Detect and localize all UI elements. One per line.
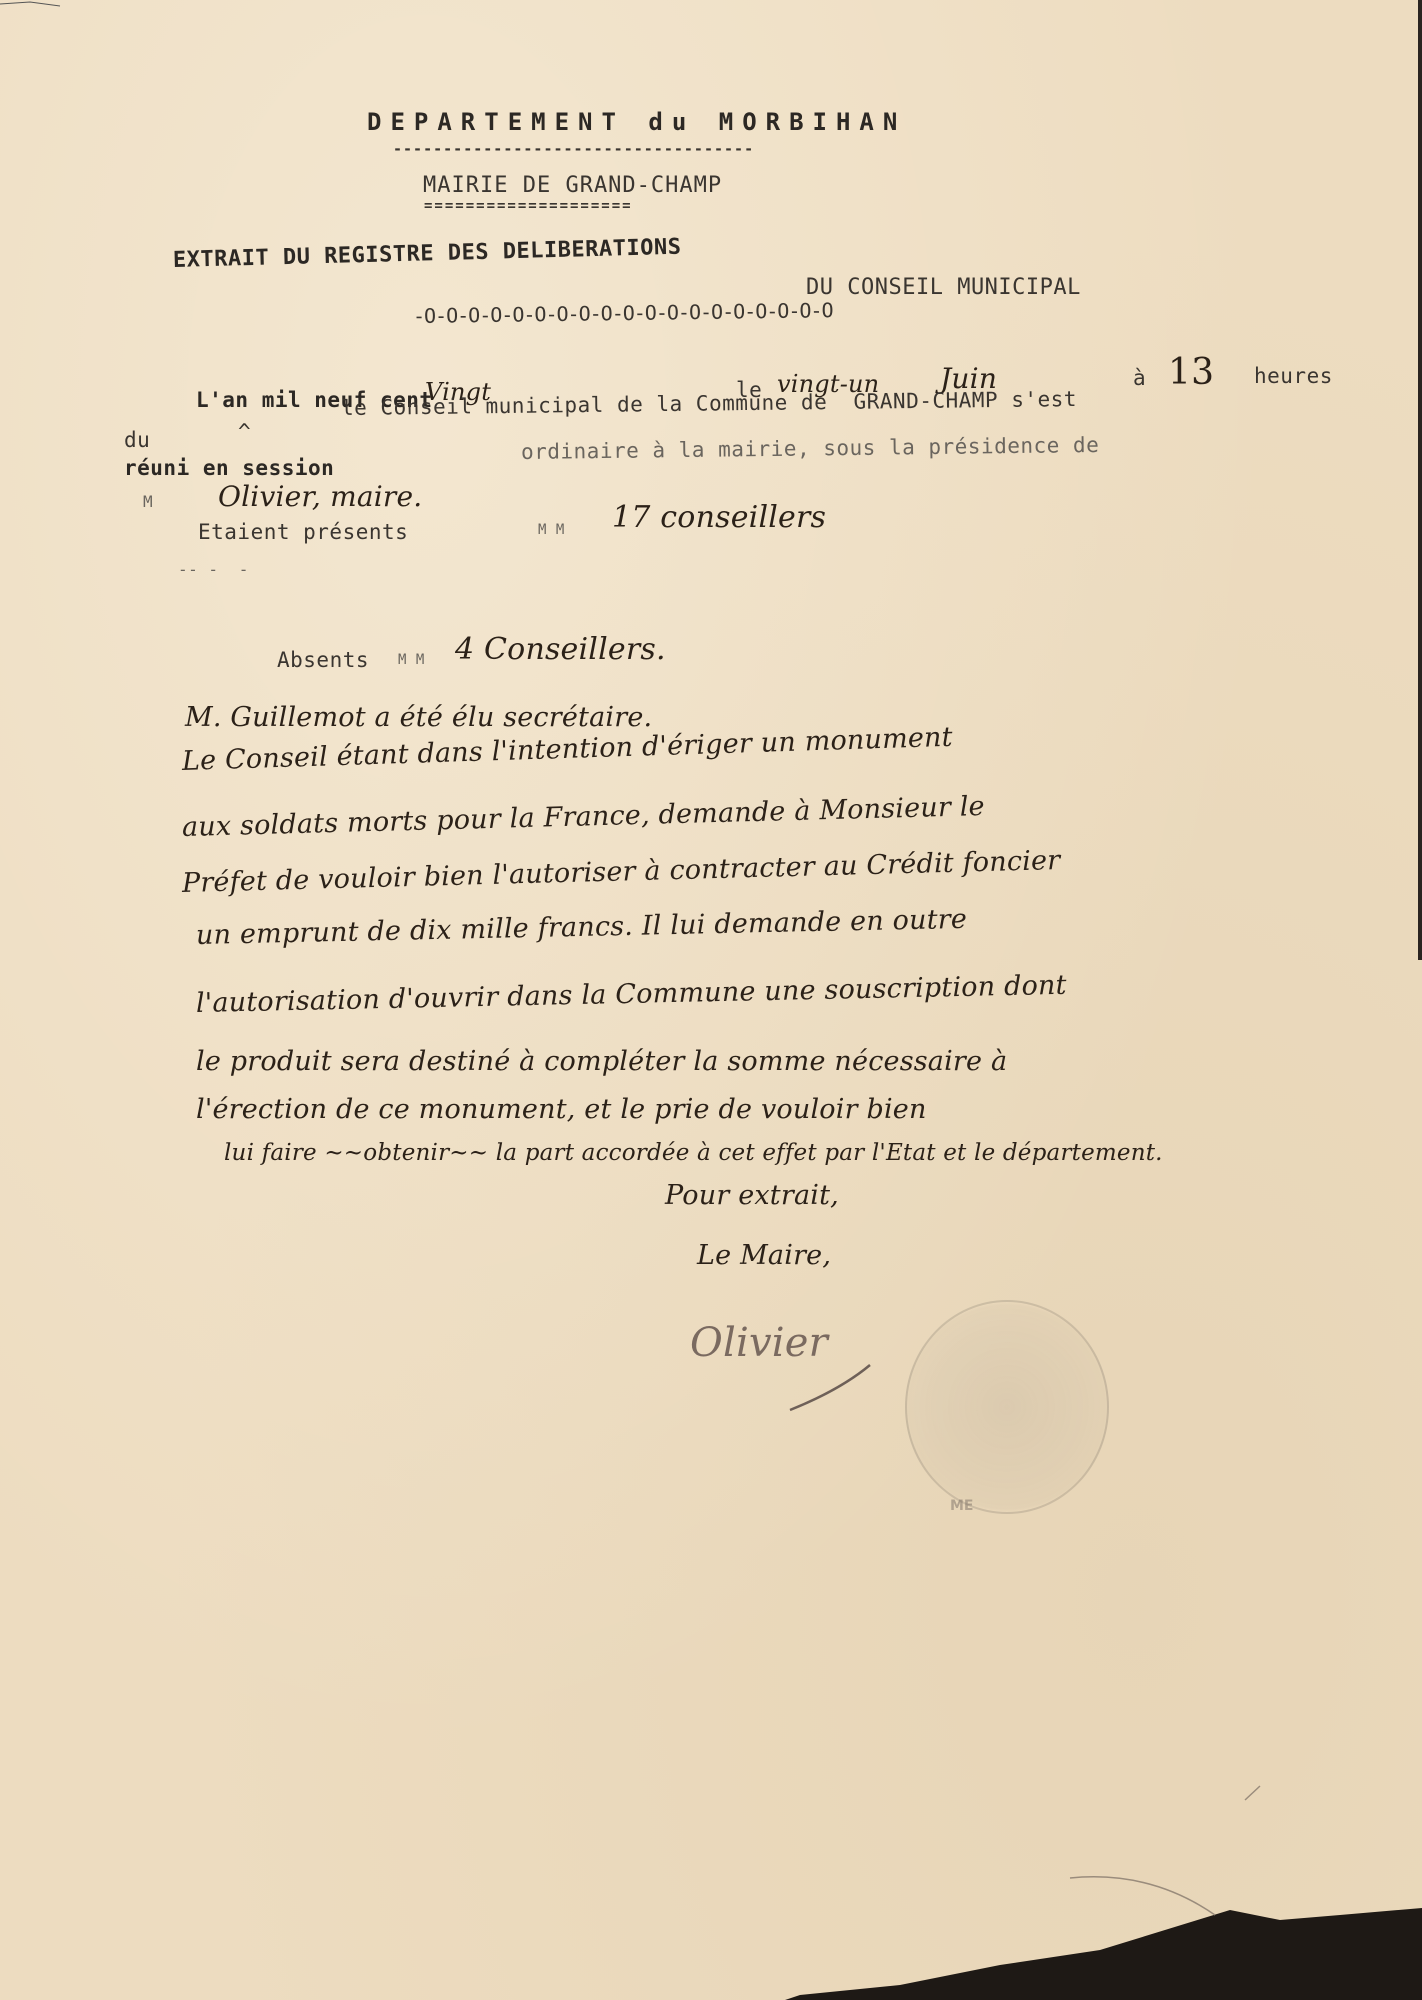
mairie-underline: ==================== bbox=[424, 198, 633, 214]
body-line-1: M. Guillemot a été élu secrétaire. bbox=[185, 702, 652, 733]
du-label: du bbox=[124, 428, 150, 452]
absent-label: Absents bbox=[277, 648, 369, 672]
pour-extrait: Pour extrait, bbox=[665, 1180, 839, 1211]
page-edge-shadow bbox=[1418, 0, 1422, 960]
body-line-7: le produit sera destiné à compléter la s… bbox=[196, 1046, 1007, 1077]
hours-label: heures bbox=[1254, 364, 1333, 388]
stamp-text: ME bbox=[950, 1498, 974, 1514]
absent-mm: M M bbox=[398, 652, 425, 668]
president-handwritten: Olivier, maire. bbox=[218, 480, 422, 513]
body-line-8: l'érection de ce monument, et le prie de… bbox=[196, 1094, 927, 1125]
present-mm: M M bbox=[538, 522, 565, 538]
hour-handwritten: 13 bbox=[1168, 352, 1214, 393]
body-line-9: lui faire ~~obtenir~~ la part accordée à… bbox=[224, 1140, 1163, 1166]
signature-flourish bbox=[780, 1355, 880, 1415]
present-label: Etaient présents bbox=[198, 520, 408, 544]
president-prefix: M bbox=[143, 492, 153, 511]
absent-handwritten: 4 Conseillers. bbox=[455, 632, 666, 667]
mairie-heading: MAIRIE DE GRAND-CHAMP bbox=[423, 173, 722, 198]
session-label: réuni en session bbox=[124, 456, 334, 480]
present-handwritten: 17 conseillers bbox=[612, 500, 826, 535]
decorative-dashes: -- - - bbox=[178, 560, 249, 579]
caret-mark: ^ bbox=[238, 420, 251, 444]
extract-subtitle: DU CONSEIL MUNICIPAL bbox=[806, 275, 1081, 300]
at-label: à bbox=[1133, 366, 1146, 390]
department-underline: ------------------------------------ bbox=[393, 140, 754, 158]
le-maire: Le Maire, bbox=[697, 1240, 831, 1271]
department-heading: DEPARTEMENT du MORBIHAN bbox=[367, 108, 906, 136]
official-stamp bbox=[905, 1300, 1109, 1514]
